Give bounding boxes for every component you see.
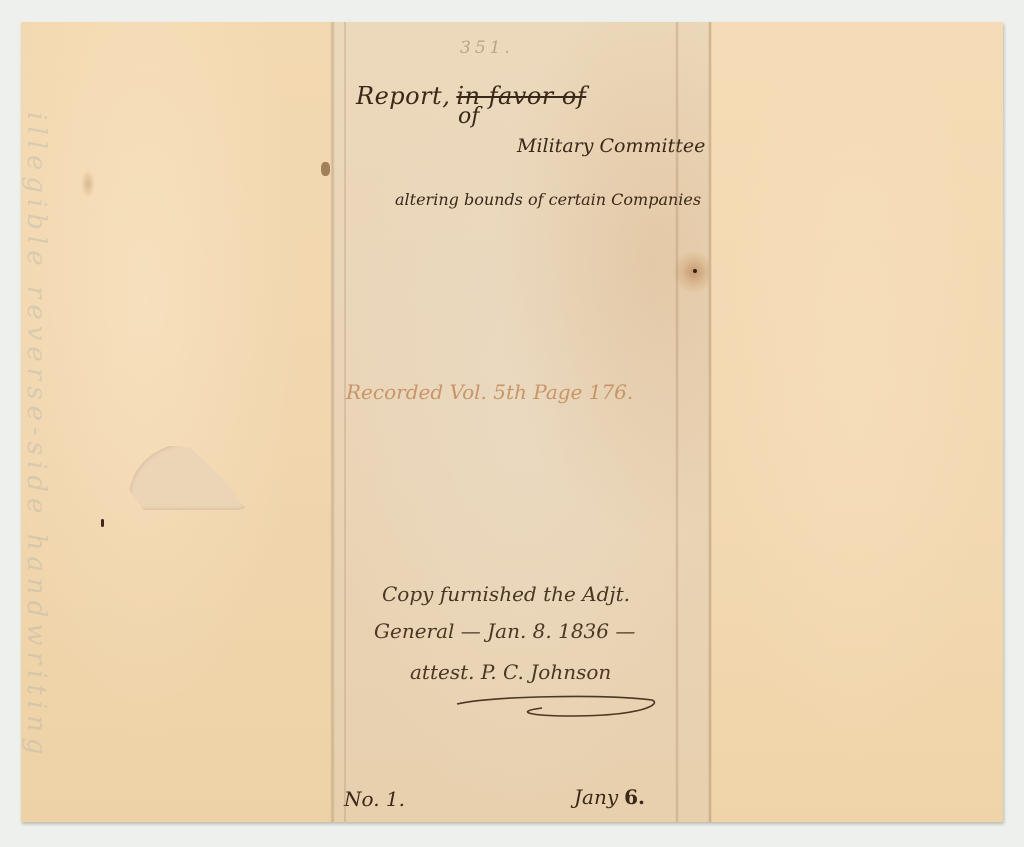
docket-date: Jany6.	[574, 785, 645, 809]
fold-line-center-right	[675, 22, 679, 822]
stain-dot	[693, 269, 697, 273]
inserted-of: of	[458, 104, 479, 129]
recorded-note: Recorded Vol. 5th Page 176.	[346, 380, 633, 404]
fold-line-right	[708, 22, 712, 822]
report-word: Report,	[356, 82, 450, 110]
fold-line-left-inner	[344, 22, 346, 822]
page-background: illegible reverse-side handwriting 351. …	[0, 0, 1024, 847]
docket-no: No. 1.	[344, 787, 405, 811]
report-subject: altering bounds of certain Companies	[395, 190, 701, 209]
tear-mark	[321, 162, 330, 176]
ink-speck	[101, 519, 104, 527]
smudge-mark	[81, 170, 95, 198]
copy-note-line-1: Copy furnished the Adjt.	[382, 582, 630, 606]
paper-repair-patch	[129, 442, 247, 510]
fold-line-left	[330, 22, 335, 822]
date-month: Jany	[574, 785, 618, 809]
bleed-through-text: illegible reverse-side handwriting	[21, 112, 51, 760]
copy-note-signature: attest. P. C. Johnson	[410, 660, 611, 684]
signature-flourish-icon	[452, 682, 662, 722]
document-sheet: illegible reverse-side handwriting 351. …	[21, 22, 1003, 822]
date-day: 6.	[624, 785, 645, 809]
copy-note-line-2: General — Jan. 8. 1836 —	[374, 619, 635, 643]
docket-number: 351.	[460, 38, 514, 58]
center-panel-docket: 351. Report,in favor of of Military Comm…	[332, 22, 709, 822]
right-panel	[709, 22, 1003, 822]
left-panel: illegible reverse-side handwriting	[21, 22, 332, 822]
